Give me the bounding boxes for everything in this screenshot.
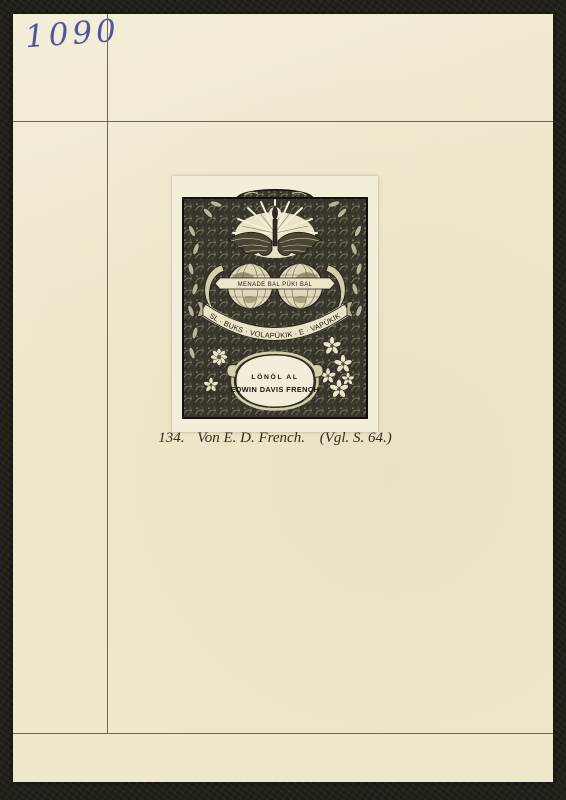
handwritten-inventory-number: 1090 [24,13,121,56]
mounted-bookplate-print: MENADE BAL PÜKI BAL SL · BUKS · VOLAPÜKI… [172,176,378,432]
motto-text: MENADE BAL PÜKI BAL [238,281,313,288]
caption: 134. Von E. D. French. (Vgl. S. 64.) [55,430,495,447]
caption-reference: (Vgl. S. 64.) [320,430,392,446]
catalog-card: 1090 [13,14,553,782]
cartouche: LÖNÖL AL EDWIN DAVIS FRENCH [227,353,323,410]
ruled-line-bottom [13,733,553,734]
caption-number: 134. [158,430,184,446]
motto-banner: MENADE BAL PÜKI BAL [215,278,335,289]
owner-name-text: EDWIN DAVIS FRENCH [231,385,320,394]
pediment-arch [237,190,313,198]
caption-attribution: Von E. D. French. [197,430,305,446]
bookplate-engraving: MENADE BAL PÜKI BAL SL · BUKS · VOLAPÜKI… [182,189,368,419]
dedication-text: LÖNÖL AL [251,372,298,381]
ruled-line-top [13,121,553,122]
